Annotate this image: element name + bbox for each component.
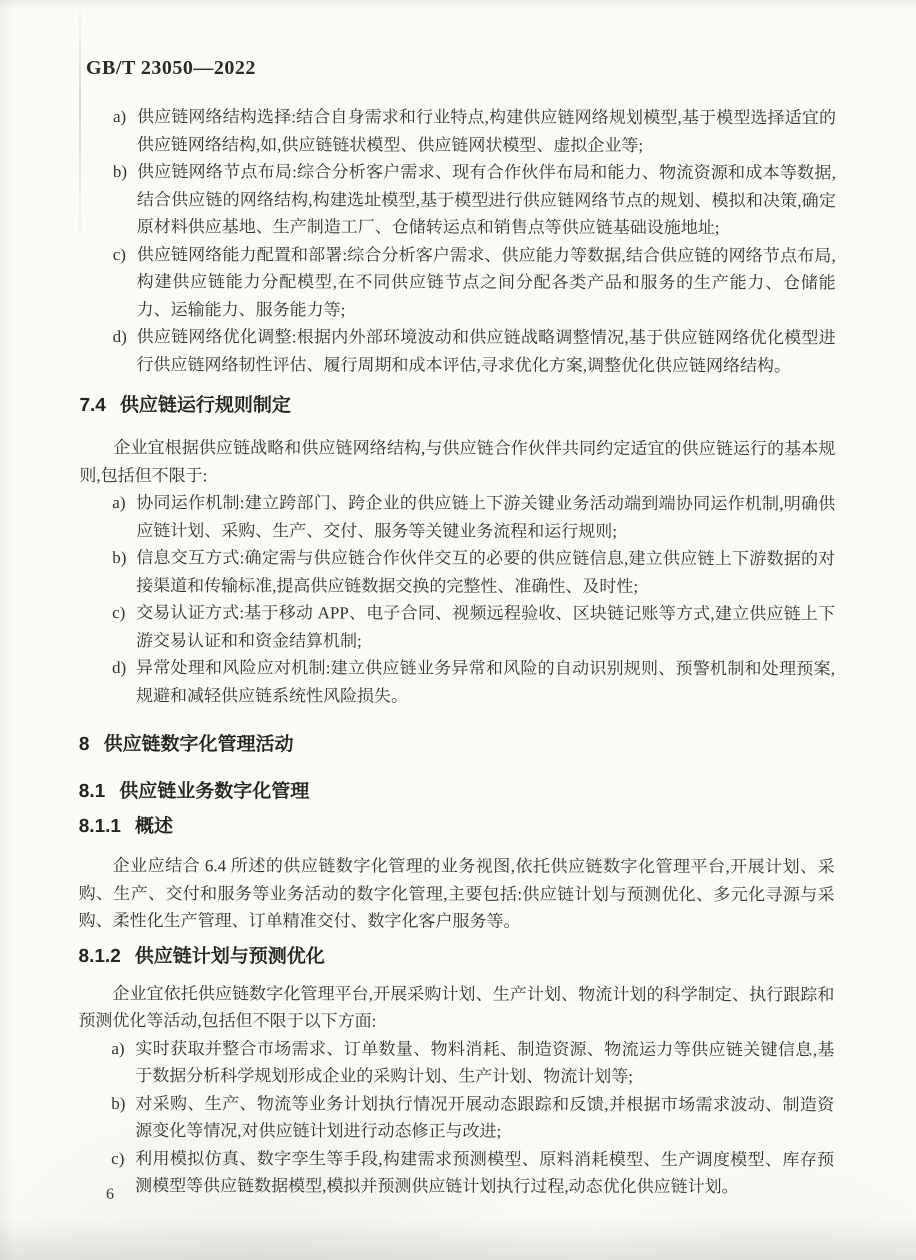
list-item-label: c)	[111, 1145, 135, 1200]
section-7-4-intro-paragraph: 企业宜根据供应链战略和供应链网络结构,与供应链合作伙伴共同约定适宜的供应链运行的…	[79, 434, 835, 490]
list-item-label: a)	[112, 489, 136, 544]
section-title: 供应链计划与预测优化	[135, 946, 325, 967]
section-8-1-1-paragraph: 企业应结合 6.4 所述的供应链数字化管理的业务视图,依托供应链数字化管理平台,…	[79, 852, 835, 936]
section-number: 8.1.2	[78, 942, 120, 969]
section-title: 供应链业务数字化管理	[119, 781, 309, 802]
list-item: d) 异常处理和风险应对机制:建立供应链业务异常和风险的自动识别规则、预警机制和…	[79, 654, 835, 710]
list-item-text: 协同运作机制:建立跨部门、跨企业的供应链上下游关键业务活动端到端协同运作机制,明…	[136, 489, 835, 545]
list-item-text: 交易认证方式:基于移动 APP、电子合同、视频远程验收、区块链记账等方式,建立供…	[136, 599, 835, 655]
list-item: b) 信息交互方式:确定需与供应链合作伙伴交互的必要的供应链信息,建立供应链上下…	[79, 544, 835, 600]
list-item-label: a)	[113, 103, 137, 158]
section-heading-8-1-1: 8.1.1概述	[79, 813, 835, 841]
list-item: a) 协同运作机制:建立跨部门、跨企业的供应链上下游关键业务活动端到端协同运作机…	[79, 489, 835, 545]
list-item-text: 实时获取并整合市场需求、订单数量、物料消耗、制造资源、物流运力等供应链关键信息,…	[135, 1035, 834, 1091]
list-item-text: 异常处理和风险应对机制:建立供应链业务异常和风险的自动识别规则、预警机制和处理预…	[136, 654, 835, 710]
section-heading-8-1-2: 8.1.2供应链计划与预测优化	[78, 942, 834, 970]
list-item-text: 利用模拟仿真、数字孪生等手段,构建需求预测模型、原料消耗模型、生产调度模型、库存…	[135, 1145, 834, 1201]
list-item-text: 供应链网络结构选择:结合自身需求和行业特点,构建供应链网络规划模型,基于模型选择…	[137, 103, 836, 159]
section-8-1-2-intro-paragraph: 企业宜依托供应链数字化管理平台,开展采购计划、生产计划、物流计划的科学制定、执行…	[78, 979, 834, 1035]
operation-rules-list: a) 协同运作机制:建立跨部门、跨企业的供应链上下游关键业务活动端到端协同运作机…	[79, 489, 835, 710]
list-item-label: c)	[112, 599, 136, 654]
list-item-text: 对采购、生产、物流等业务计划执行情况开展动态跟踪和反馈,并根据市场需求波动、制造…	[135, 1090, 834, 1146]
document-page: GB/T 23050—2022 a) 供应链网络结构选择:结合自身需求和行业特点…	[0, 0, 916, 1260]
list-item-label: b)	[112, 544, 136, 599]
section-number: 7.4	[79, 392, 105, 419]
list-item: c) 交易认证方式:基于移动 APP、电子合同、视频远程验收、区块链记账等方式,…	[79, 599, 835, 655]
list-item-label: d)	[113, 323, 137, 378]
list-item-label: b)	[111, 1090, 135, 1145]
list-item: a) 供应链网络结构选择:结合自身需求和行业特点,构建供应链网络规划模型,基于模…	[80, 103, 836, 159]
list-item-label: c)	[113, 241, 137, 324]
page-number: 6	[106, 1186, 114, 1204]
list-item-text: 信息交互方式:确定需与供应链合作伙伴交互的必要的供应链信息,建立供应链上下游数据…	[136, 544, 835, 600]
section-title: 概述	[135, 816, 173, 837]
list-item: b) 对采购、生产、物流等业务计划执行情况开展动态跟踪和反馈,并根据市场需求波动…	[78, 1089, 834, 1145]
list-item-text: 供应链网络节点布局:综合分析客户需求、现有合作伙伴布局和能力、物流资源和成本等数…	[137, 158, 836, 242]
list-item-text: 供应链网络能力配置和部署:综合分析客户需求、供应能力等数据,结合供应链的网络节点…	[137, 241, 836, 325]
list-item-label: d)	[112, 654, 136, 709]
section-title: 供应链运行规则制定	[120, 395, 291, 416]
planning-forecast-list: a) 实时获取并整合市场需求、订单数量、物料消耗、制造资源、物流运力等供应链关键…	[78, 1034, 834, 1200]
list-item-text: 供应链网络优化调整:根据内外部环境波动和供应链战略调整情况,基于供应链网络优化模…	[137, 323, 836, 379]
section-title: 供应链数字化管理活动	[103, 734, 293, 755]
section-number: 8	[79, 731, 90, 758]
list-item: a) 实时获取并整合市场需求、订单数量、物料消耗、制造资源、物流运力等供应链关键…	[78, 1034, 834, 1090]
list-item-label: b)	[113, 158, 137, 241]
page-content: a) 供应链网络结构选择:结合自身需求和行业特点,构建供应链网络规划模型,基于模…	[78, 103, 836, 1201]
standard-number-header: GB/T 23050—2022	[86, 57, 256, 80]
section-number: 8.1.1	[79, 813, 121, 840]
network-design-list: a) 供应链网络结构选择:结合自身需求和行业特点,构建供应链网络规划模型,基于模…	[80, 103, 836, 379]
list-item-label: a)	[111, 1035, 135, 1090]
section-heading-8: 8供应链数字化管理活动	[79, 731, 835, 759]
section-heading-7-4: 7.4供应链运行规则制定	[79, 392, 835, 420]
section-number: 8.1	[79, 778, 105, 805]
section-heading-8-1: 8.1供应链业务数字化管理	[79, 778, 835, 806]
list-item: d) 供应链网络优化调整:根据内外部环境波动和供应链战略调整情况,基于供应链网络…	[80, 323, 836, 379]
list-item: c) 利用模拟仿真、数字孪生等手段,构建需求预测模型、原料消耗模型、生产调度模型…	[78, 1144, 834, 1200]
list-item: b) 供应链网络节点布局:综合分析客户需求、现有合作伙伴布局和能力、物流资源和成…	[80, 158, 836, 242]
list-item: c) 供应链网络能力配置和部署:综合分析客户需求、供应能力等数据,结合供应链的网…	[80, 240, 836, 324]
